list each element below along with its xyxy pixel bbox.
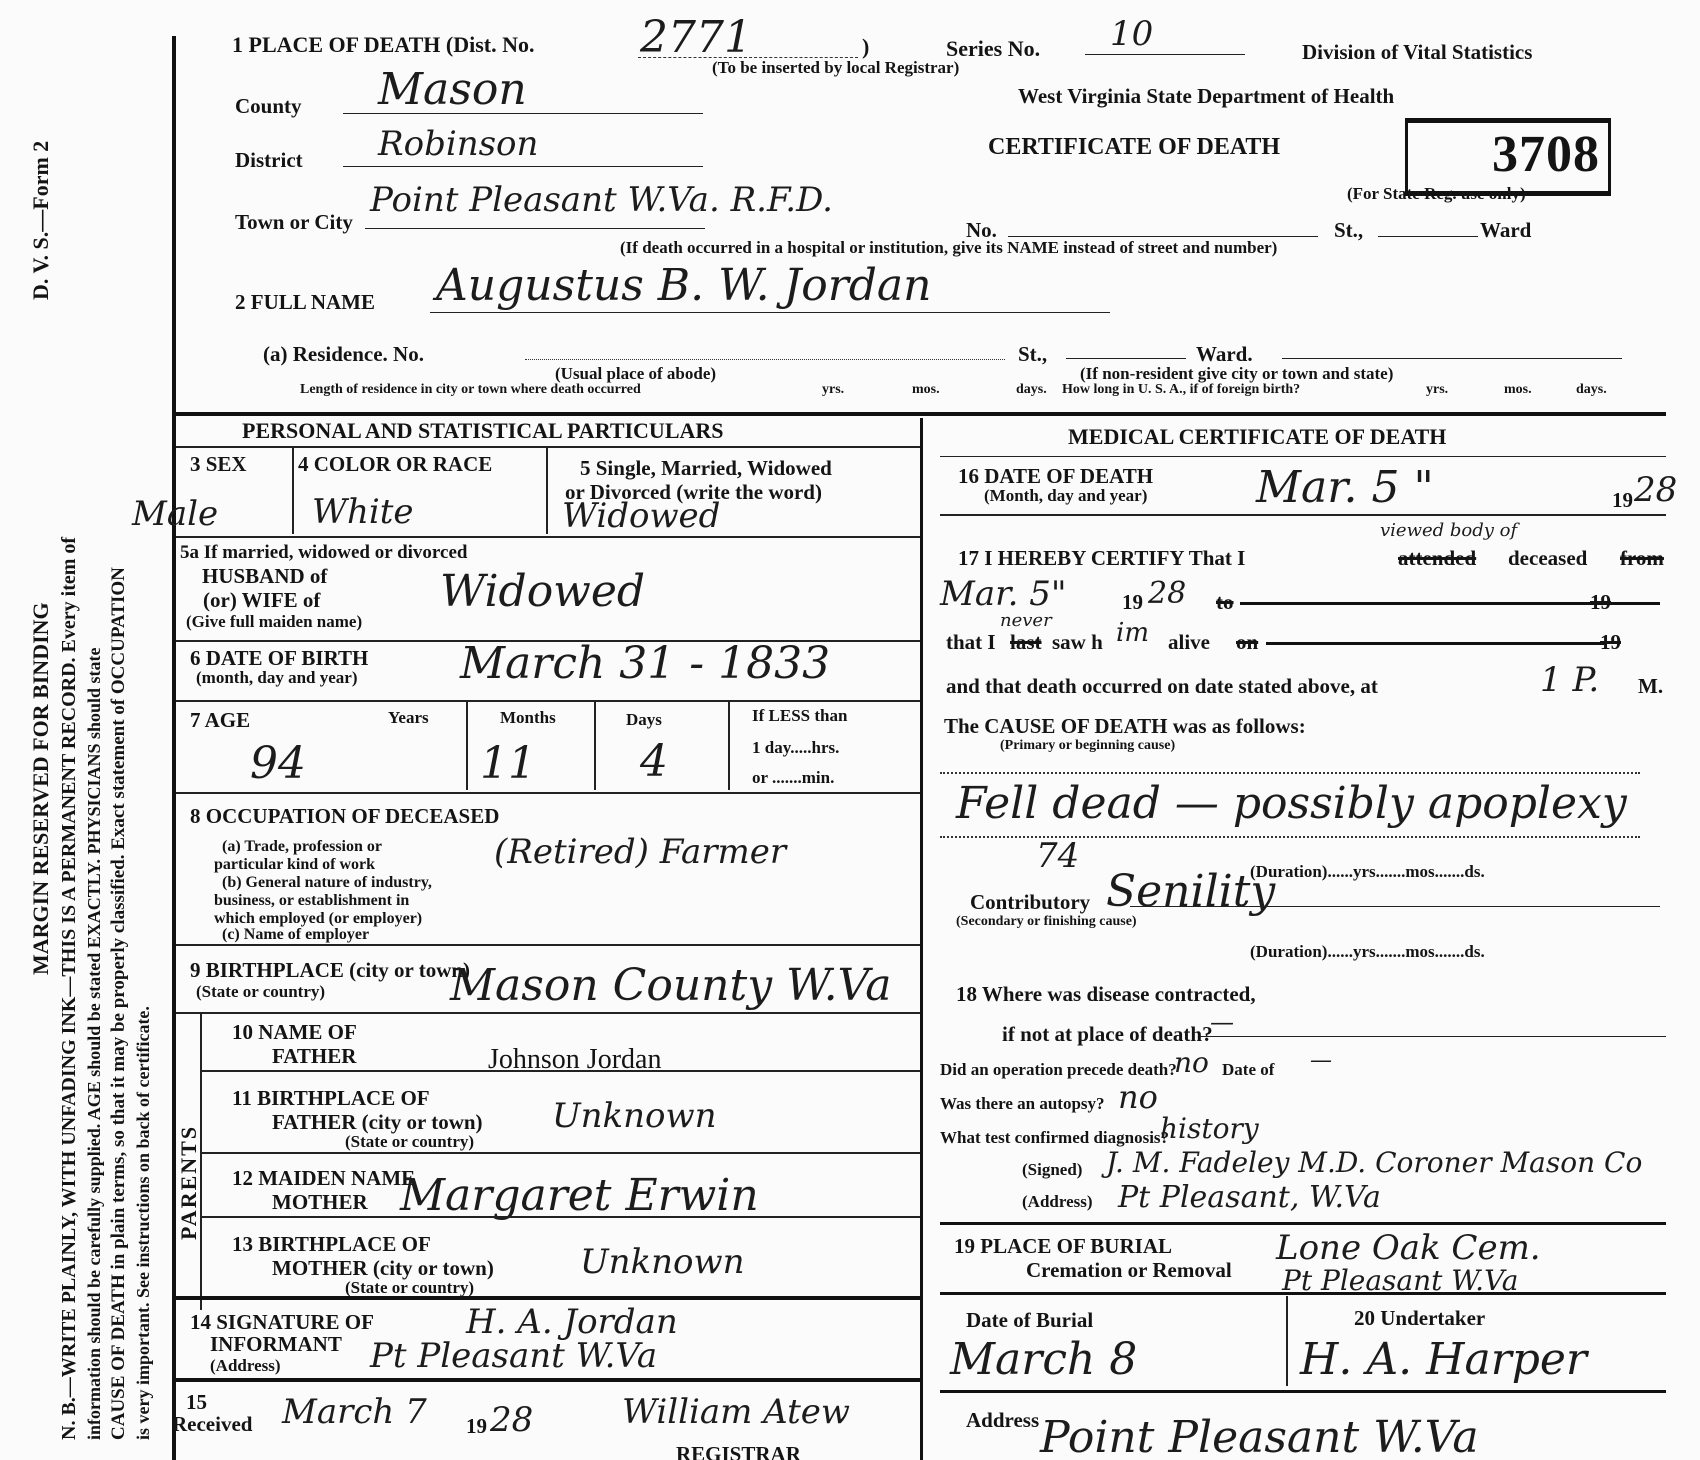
undertaker-address-label: Address — [966, 1408, 1039, 1433]
spouse-label-4: (Give full maiden name) — [186, 612, 362, 632]
nonresident-note: (If non-resident give city or town and s… — [1080, 364, 1393, 384]
time-value[interactable]: 1 P. — [1540, 660, 1599, 700]
father-birthplace-value[interactable]: Unknown — [552, 1096, 717, 1136]
mother-birthplace-label-1: 13 BIRTHPLACE OF — [232, 1232, 431, 1257]
registrar-signature[interactable]: William Atew — [622, 1392, 850, 1432]
informant-address[interactable]: Pt Pleasant W.Va — [370, 1336, 657, 1376]
sex-value[interactable]: Male — [132, 494, 218, 534]
medical-section-title: MEDICAL CERTIFICATE OF DEATH — [1068, 424, 1446, 450]
less-than-label: If LESS than — [752, 706, 847, 726]
autopsy-label: Was there an autopsy? — [940, 1094, 1105, 1114]
mother-birthplace-value[interactable]: Unknown — [580, 1242, 745, 1282]
certify-to-struck: to — [1216, 590, 1234, 615]
race-value[interactable]: White — [312, 492, 414, 532]
saw-year: 19 — [1600, 630, 1621, 655]
residence-st-label: St., — [1018, 342, 1047, 367]
cause-sublabel: (Primary or beginning cause) — [1000, 738, 1175, 754]
margin-instruction-3: CAUSE OF DEATH in plain terms, so that i… — [108, 567, 130, 1440]
certify-year-prefix: 19 — [1122, 590, 1143, 615]
physician-address[interactable]: Pt Pleasant, W.Va — [1118, 1180, 1381, 1215]
age-label: 7 AGE — [190, 708, 250, 733]
occupation-b-label-2: business, or establishment in — [214, 892, 409, 910]
certify-date[interactable]: Mar. 5" — [940, 574, 1067, 614]
age-months-value[interactable]: 11 — [480, 738, 536, 789]
series-number[interactable]: 10 — [1110, 14, 1153, 54]
place-of-death-label: 1 PLACE OF DEATH (Dist. No. — [232, 32, 535, 58]
sex-label: 3 SEX — [190, 452, 247, 477]
time-suffix: M. — [1638, 674, 1663, 699]
row-line — [200, 1070, 920, 1072]
parents-label: PARENTS — [176, 1125, 202, 1240]
row-line — [176, 792, 920, 794]
marital-label-1: 5 Single, Married, Widowed — [580, 456, 832, 481]
mother-label-2: MOTHER — [272, 1190, 368, 1215]
binding-margin: MARGIN RESERVED FOR BINDING D. V. S.—For… — [0, 0, 175, 1460]
birthplace-label: 9 BIRTHPLACE (city or town) — [190, 958, 470, 983]
town-no-line — [1008, 236, 1318, 237]
contributory-value[interactable]: Senility — [1106, 866, 1275, 917]
contracted-label-2: if not at place of death? — [1002, 1022, 1213, 1047]
saw-on-struck: on — [1236, 630, 1258, 655]
certify-inserted-text[interactable]: viewed body of — [1380, 520, 1517, 541]
age-divider — [594, 702, 596, 790]
saw-alive: alive — [1168, 630, 1210, 655]
row-line — [176, 700, 920, 702]
dod-sublabel: (Month, day and year) — [984, 486, 1147, 506]
town-label: Town or City — [235, 210, 353, 235]
saw-struck-last: last — [1010, 630, 1042, 655]
sex-divider — [292, 448, 294, 534]
length-yrs: yrs. — [822, 382, 844, 398]
received-year[interactable]: 28 — [490, 1400, 533, 1440]
department-title: West Virginia State Department of Health — [1018, 84, 1394, 109]
age-divider — [728, 702, 730, 790]
duration-label: (Duration)......yrs.......mos.......ds. — [1250, 862, 1485, 882]
time-label: and that death occurred on date stated a… — [946, 674, 1378, 699]
mother-birthplace-label-3: (State or country) — [345, 1278, 474, 1298]
undertaker-label: 20 Undertaker — [1354, 1306, 1485, 1331]
registrar-label: REGISTRAR — [676, 1442, 801, 1460]
division-title: Division of Vital Statistics — [1302, 40, 1532, 65]
age-years-value[interactable]: 94 — [250, 738, 306, 789]
father-birthplace-label-1: 11 BIRTHPLACE OF — [232, 1086, 430, 1111]
occupation-label: 8 OCCUPATION OF DECEASED — [190, 804, 499, 829]
occupation-a-label-2: particular kind of work — [214, 856, 375, 874]
certify-deceased: deceased — [1508, 546, 1587, 571]
personal-section-title: PERSONAL AND STATISTICAL PARTICULARS — [242, 418, 724, 444]
row-line — [176, 1012, 920, 1014]
certify-to-year: 19 — [1590, 590, 1611, 615]
cause-value[interactable]: Fell dead — possibly apoplexy — [956, 778, 1627, 829]
age-months-label: Months — [500, 708, 556, 728]
state-reg-note: (For State Reg. use only) — [1347, 184, 1526, 204]
burial-label-2: Cremation or Removal — [1026, 1258, 1232, 1283]
residence-line — [525, 358, 1005, 360]
occupation-value[interactable]: (Retired) Farmer — [494, 832, 786, 872]
operation-value[interactable]: no — [1174, 1046, 1209, 1079]
undertaker-address-value[interactable]: Point Pleasant W.Va — [1040, 1412, 1479, 1460]
town-st-line — [1378, 236, 1478, 237]
full-name-line — [430, 312, 1110, 313]
received-year-prefix: 19 — [466, 1414, 487, 1439]
series-label: Series No. — [946, 36, 1040, 62]
residence-st-line — [1066, 358, 1186, 359]
race-divider — [546, 448, 548, 534]
column-divider — [920, 418, 923, 1460]
operation-date-label: Date of — [1222, 1060, 1274, 1080]
full-name-label: 2 FULL NAME — [235, 290, 375, 315]
district-label: District — [235, 148, 303, 173]
operation-date-value[interactable]: — — [1310, 1048, 1332, 1073]
district-underline — [343, 166, 703, 167]
occupation-a-label-1: (a) Trade, profession or — [222, 838, 382, 856]
form-left-border — [172, 36, 176, 1460]
saw-label: saw h — [1052, 630, 1103, 655]
autopsy-value[interactable]: no — [1118, 1078, 1158, 1116]
row-line — [176, 944, 920, 946]
contributory-label: Contributory — [970, 890, 1090, 915]
mother-label-1: 12 MAIDEN NAME — [232, 1166, 415, 1191]
usa-label: How long in U. S. A., if of foreign birt… — [1062, 382, 1300, 398]
section-divider — [176, 412, 1666, 416]
informant-label-2: INFORMANT — [210, 1332, 342, 1357]
contracted-line — [1200, 1036, 1666, 1037]
town-ward-label: Ward — [1480, 218, 1531, 243]
certify-from-struck: from — [1620, 546, 1664, 571]
certify-struck-attended: attended — [1398, 546, 1476, 571]
occupation-c-label: (c) Name of employer — [222, 926, 369, 944]
personal-title-line — [176, 446, 920, 448]
contracted-value[interactable]: — — [1210, 1008, 1234, 1036]
dod-year-prefix: 19 — [1612, 488, 1633, 513]
cause-label: The CAUSE OF DEATH was as follows: — [944, 714, 1306, 739]
town-st-label: St., — [1334, 218, 1363, 243]
row-line — [940, 1222, 1666, 1225]
cause-dotline — [940, 772, 1640, 774]
county-value[interactable]: Mason — [378, 64, 527, 115]
row-line — [200, 1152, 920, 1154]
certify-label: 17 I HEREBY CERTIFY That I — [958, 546, 1245, 571]
race-label: 4 COLOR OR RACE — [298, 452, 492, 477]
medical-title-line — [940, 456, 1666, 457]
certificate-title: CERTIFICATE OF DEATH — [988, 134, 1280, 161]
dob-sublabel: (month, day and year) — [196, 668, 358, 688]
spouse-label-2: HUSBAND of — [202, 564, 327, 589]
spouse-value[interactable]: Widowed — [440, 566, 645, 617]
age-years-label: Years — [388, 708, 429, 728]
signed-label: (Signed) — [1022, 1160, 1082, 1180]
usa-days: days. — [1576, 382, 1607, 398]
certify-year[interactable]: 28 — [1148, 576, 1186, 611]
spouse-label-3: (or) WIFE of — [203, 588, 320, 613]
residence-label: (a) Residence. No. — [263, 342, 424, 367]
father-birthplace-label-3: (State or country) — [345, 1132, 474, 1152]
hospital-note: (If death occurred in a hospital or inst… — [620, 238, 1277, 258]
full-name-value[interactable]: Augustus B. W. Jordan — [436, 260, 932, 311]
residence-ward-line — [1282, 358, 1622, 359]
father-label-2: FATHER — [272, 1044, 356, 1069]
usa-yrs: yrs. — [1426, 382, 1448, 398]
saw-pronoun[interactable]: im — [1116, 618, 1149, 648]
contracted-label-1: 18 Where was disease contracted, — [956, 982, 1256, 1007]
birthplace-value[interactable]: Mason County W.Va — [450, 960, 892, 1011]
burial-place-value[interactable]: Lone Oak Cem. — [1276, 1228, 1541, 1268]
physician-address-label: (Address) — [1022, 1192, 1093, 1212]
undertaker-value[interactable]: H. A. Harper — [1300, 1334, 1587, 1385]
row-line — [176, 1296, 920, 1300]
town-value[interactable]: Point Pleasant W.Va. R.F.D. — [370, 180, 833, 220]
physician-signature[interactable]: J. M. Fadeley M.D. Coroner Mason Co — [1106, 1146, 1642, 1179]
marital-value[interactable]: Widowed — [562, 496, 720, 536]
form-id: D. V. S.—Form 2 — [28, 141, 54, 300]
district-value[interactable]: Robinson — [378, 124, 538, 164]
burial-date-value[interactable]: March 8 — [950, 1334, 1137, 1385]
length-of-residence-label: Length of residence in city or town wher… — [300, 382, 641, 398]
occupation-b-label-1: (b) General nature of industry, — [222, 874, 432, 892]
age-days-label: Days — [626, 710, 662, 730]
length-mos: mos. — [912, 382, 940, 398]
town-line — [365, 228, 705, 229]
father-label-1: 10 NAME OF — [232, 1020, 357, 1045]
row-line — [940, 1390, 1666, 1393]
length-days: days. — [1016, 382, 1047, 398]
received-date[interactable]: March 7 — [282, 1392, 427, 1432]
state-registration-number: 3708 — [1492, 125, 1600, 184]
saw-on-strikeline — [1266, 642, 1606, 645]
duration2-label: (Duration)......yrs.......mos.......ds. — [1250, 942, 1485, 962]
margin-instruction-1: N. B.—WRITE PLAINLY, WITH UNFADING INK—T… — [58, 537, 81, 1440]
received-label: Received — [172, 1412, 252, 1437]
burial-divider — [1286, 1296, 1288, 1386]
test-label: What test confirmed diagnosis? — [940, 1128, 1169, 1148]
informant-label-3: (Address) — [210, 1356, 281, 1376]
margin-binding-text: MARGIN RESERVED FOR BINDING — [28, 602, 54, 975]
test-value[interactable]: history — [1160, 1112, 1259, 1145]
district-note: (To be inserted by local Registrar) — [712, 58, 959, 78]
birthplace-sublabel: (State or country) — [196, 982, 325, 1002]
usa-mos: mos. — [1504, 382, 1532, 398]
county-line — [343, 113, 703, 114]
mother-value[interactable]: Margaret Erwin — [400, 1170, 759, 1221]
row-line — [940, 1292, 1666, 1295]
contributory-line — [1130, 906, 1660, 907]
row-line — [200, 1216, 920, 1218]
cause-note[interactable]: 74 — [1036, 836, 1079, 876]
spouse-label-1: 5a If married, widowed or divorced — [180, 542, 467, 564]
saw-inserted-never[interactable]: never — [1000, 610, 1052, 631]
age-divider — [466, 702, 468, 790]
dod-year[interactable]: 28 — [1634, 470, 1677, 510]
dob-value[interactable]: March 31 - 1833 — [460, 638, 830, 689]
margin-instruction-2: information should be carefully supplied… — [84, 647, 105, 1440]
burial-label-1: 19 PLACE OF BURIAL — [954, 1234, 1172, 1259]
row-line — [176, 536, 920, 538]
residence-note: (Usual place of abode) — [555, 364, 716, 384]
burial-date-label: Date of Burial — [966, 1308, 1093, 1333]
saw-that-label: that I — [946, 630, 996, 655]
operation-label: Did an operation precede death? — [940, 1060, 1177, 1080]
less-min-label: or .......min. — [752, 768, 834, 788]
age-days-value[interactable]: 4 — [640, 736, 668, 787]
dod-value[interactable]: Mar. 5 " — [1256, 462, 1434, 513]
district-close: ) — [862, 34, 869, 60]
margin-instruction-4: is very important. See instructions on b… — [133, 1006, 154, 1440]
county-label: County — [235, 94, 302, 119]
row-line — [940, 514, 1666, 516]
less-hrs-label: 1 day.....hrs. — [752, 738, 839, 758]
series-line — [1085, 54, 1245, 55]
row-line — [176, 1378, 920, 1382]
